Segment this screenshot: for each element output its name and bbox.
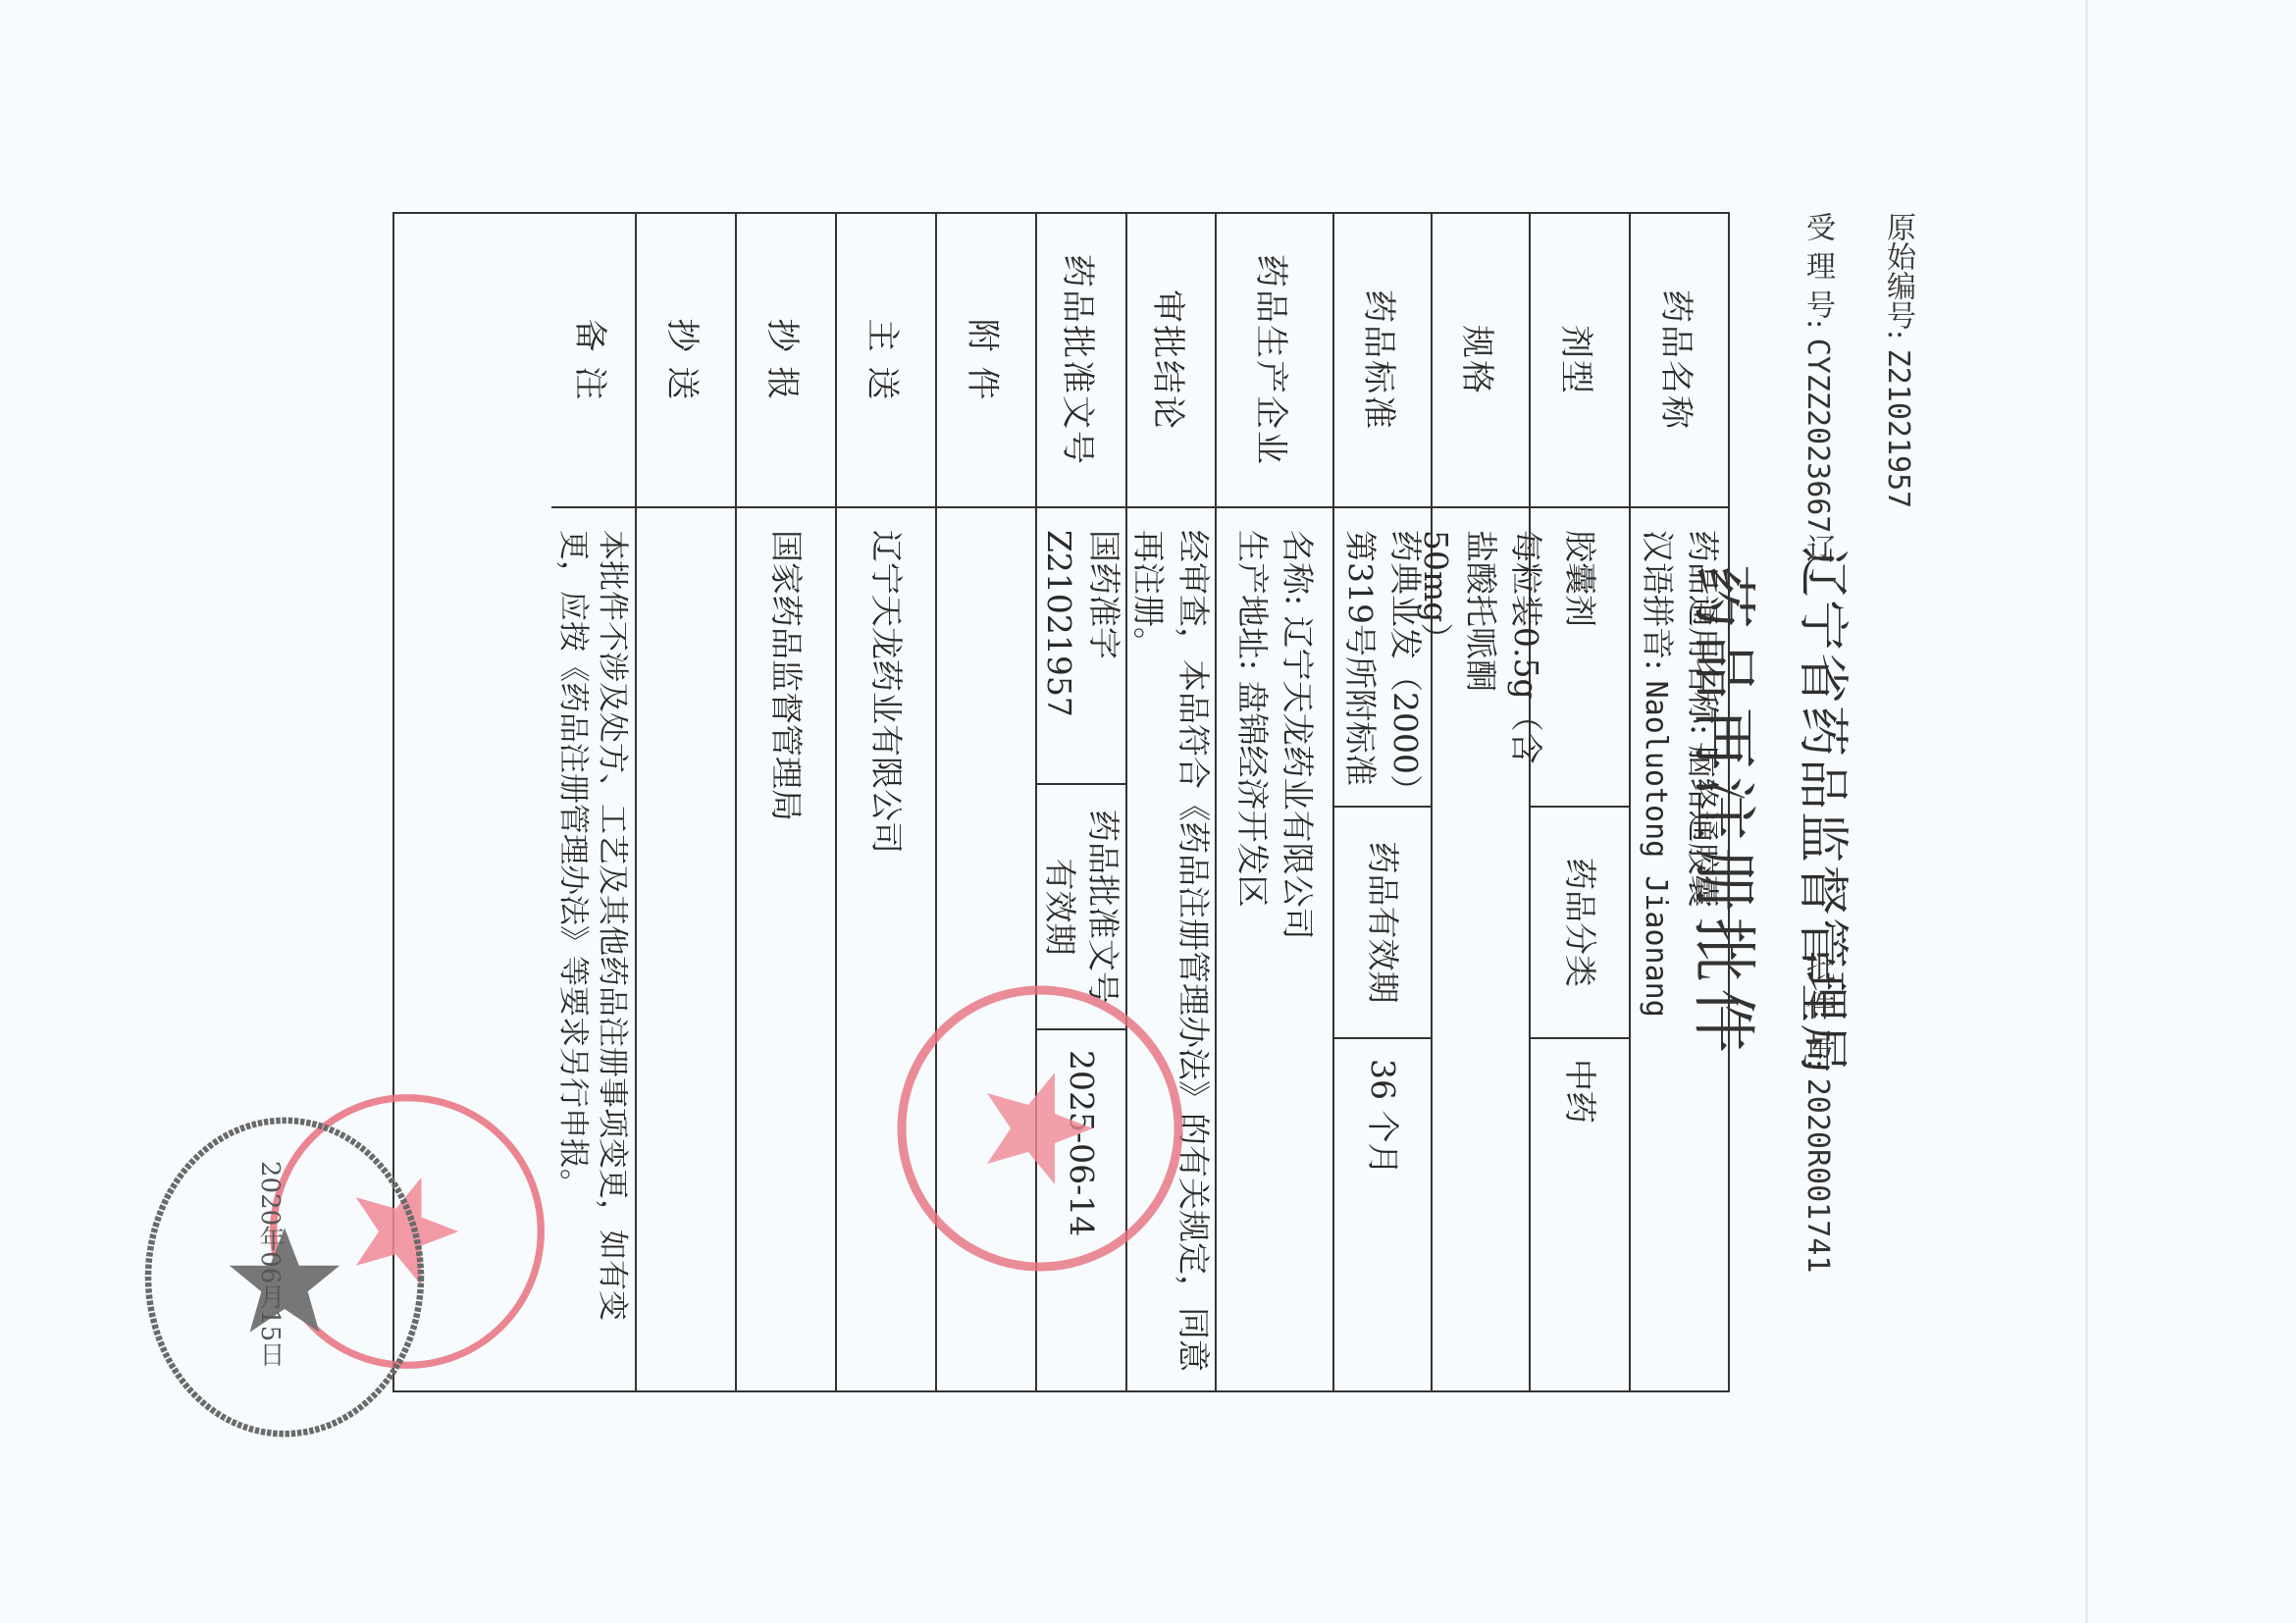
label-drug-category: 药品分类 [1531,806,1629,1037]
approval-number-label: 批 件 号: 2020R001741 [1796,952,1839,1273]
issuer-seal-date: 2020年06月15日 [252,1161,288,1367]
row-standard: 药品标准 药典业发（2000）第319号所附标准 药品有效期 36 个月 [1332,214,1431,1390]
value-approval-number: 国药准字Z21021957 [1037,518,1125,802]
label-cc-send: 抄 送 [637,214,735,508]
acceptance-number-label: 受 理 号: CYZZ2023667辽 [1796,212,1839,562]
label-dosage-form: 剂型 [1531,214,1629,508]
label-manufacturer: 药品生产企业 [1217,214,1332,508]
label-shelf-life: 药品有效期 [1334,806,1431,1037]
issuer-seal-stamp: 2020年06月15日 [139,1112,430,1445]
label-cc-report: 抄 报 [737,214,835,508]
label-remarks: 备 注 [551,214,635,508]
row-cc-report: 抄 报 国家药品监督管理局 [735,214,835,1390]
row-specification: 规格 每粒装0.5g（含盐酸托哌酮50mg） [1431,214,1529,1390]
label-conclusion: 审批结论 [1127,214,1215,508]
label-approval-number: 药品批准文号 [1037,214,1125,508]
label-attachment: 附 件 [937,214,1035,508]
value-drug-category: 中药 [1531,1037,1629,1390]
label-drug-name: 药品名称 [1631,214,1728,508]
original-number-label: 原始编号: Z21021957 [1876,212,1919,508]
row-manufacturer: 药品生产企业 名称: 辽宁天龙药业有限公司 生产地址: 盘锦经济开发区 [1215,214,1332,1390]
value-manufacturer: 名称: 辽宁天龙药业有限公司 生产地址: 盘锦经济开发区 [1217,518,1332,1381]
row-remarks: 备 注 本批件不涉及处方、工艺及其他药品注册事项变更，如有变更，应按《药品注册管… [551,214,635,1390]
company-seal-1 [893,981,1187,1276]
value-drug-name: 药品通用名称: 脑络通胶囊 汉语拼音: Naoluotong Jiaonang [1631,518,1728,1381]
label-standard: 药品标准 [1334,214,1431,508]
row-dosage-form: 剂型 胶囊剂 药品分类 中药 [1529,214,1629,1390]
value-standard: 药典业发（2000）第319号所附标准 [1334,518,1431,792]
label-main-recipient: 主 送 [837,214,935,508]
value-cc-report: 国家药品监督管理局 [737,518,835,1381]
row-drug-name: 药品名称 药品通用名称: 脑络通胶囊 汉语拼音: Naoluotong Jiao… [1629,214,1728,1390]
value-shelf-life: 36 个月 [1334,1037,1431,1390]
row-cc-send: 抄 送 [635,214,735,1390]
value-remarks: 本批件不涉及处方、工艺及其他药品注册事项变更，如有变更，应按《药品注册管理办法》… [551,518,635,1381]
value-specification: 每粒装0.5g（含盐酸托哌酮50mg） [1433,518,1529,792]
label-specification: 规格 [1433,214,1529,508]
value-cc-send [637,518,735,1381]
